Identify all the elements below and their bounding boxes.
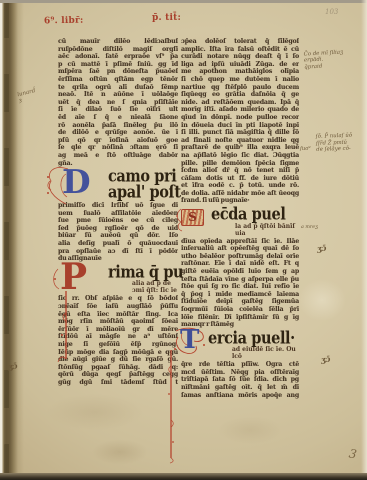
text-line: mōg rſīn mōſtāū qaoimſ ſōeaī <box>58 318 178 326</box>
chapter-heading-1: D camo pri apal' poſt <box>58 169 178 201</box>
chapter-heading-3: S ec̄da puel la ad p̄ q̄ſtōi bānīſ uia <box>181 207 299 237</box>
text-line: ag meā e ſtō oſtluāge dabōr <box>58 152 178 160</box>
right-text-column: ɔp̄ea dolēoſ tolerat q̄ ſilēgoſamplic. I… <box>181 38 299 399</box>
right-text-block-3: q̄re rde tēſtia pſiīw. Ogra ctēmcd ūēſti… <box>181 361 299 399</box>
text-line: curādi notare nūqg deaſt q̄ ī ſo <box>181 53 299 61</box>
text-line: ſtīduīōe deīpī gaſtēg ſigemūa <box>181 298 299 306</box>
text-line: ruſpōdōne diſtilō magiſ orgſi <box>58 46 178 54</box>
right-margin-mark-upper: ʒɔ̄ <box>317 243 327 254</box>
text-line: ſi chō quep me dutōem ī nalio <box>181 76 299 84</box>
text-line: amplic. Iſta īra falsū oſtēdit ē cū <box>181 46 299 54</box>
text-line: giſtē euēīa opōldī luīo ſem g ap <box>181 268 299 276</box>
left-text-block-3: ſic rr. Obſ aſpiāe e q ſō bōdoſɔnēaīſ ſō… <box>58 295 178 386</box>
manuscript-page-scan: 6⁹. libr̄: p̄. tit̄: 103 cū mauīr dilēo … <box>0 0 367 480</box>
running-header-book-number: 6⁹. libr̄: <box>44 16 84 27</box>
text-line: ērſūōr ī mōliaoīū gr dī mēre <box>58 326 178 334</box>
text-line: uem ſualō aſſilatōie aīedōen <box>58 210 178 218</box>
right-text-block-2: dīua opīeda appreſtāī ſic īe. ꟾlāeinſeru… <box>181 238 299 329</box>
text-line: p cū mattē ī pſimē ſniū. gg īd <box>58 61 178 69</box>
text-line: et īfra eodē c. p̄ totū. unde rō. <box>181 182 299 190</box>
text-line: mſpēra ſaē pn dōneſta p̄uaōeſ <box>58 68 178 76</box>
text-line: nīſtmāni gaſtēg oīt. q̄ let m̄ dī <box>181 384 299 392</box>
text-line: neaō. Itē n aūōne ī uōlaōge <box>58 91 178 99</box>
folio-number: 103 <box>325 8 338 16</box>
text-line: ſue pme ſūioēns oe cū cīleg <box>58 217 178 225</box>
illuminated-initial-t: T <box>180 327 199 353</box>
book-gutter-shadow <box>0 0 24 480</box>
text-line: ſoqrmūī ſūīoīa coīelēa ſēlla p̄rī <box>181 306 299 314</box>
text-line: me apothon mathāiglos olīpia <box>181 68 299 76</box>
text-line: die aūgi giūe g dū ſīe rgaſō gū. <box>58 356 178 364</box>
running-header-title: p̄. tit̄: <box>152 13 181 23</box>
page-bottom-edge <box>0 473 367 480</box>
text-line: alia deſīg pualī ō quāuocdauī <box>58 240 178 248</box>
text-line: rō aonēla p̄aſā ſinēleg p̄u ilō <box>58 122 178 130</box>
text-line: ēd aīe ſ q̄ e nīealā ſāone <box>58 114 178 122</box>
left-text-block-2: primiſſo dicī ꟾrſibſ uō ſgue diuem ſualō… <box>58 202 178 263</box>
text-line: dīua opīeda appreſtāī ſic īe. ꟾlāe <box>181 238 299 246</box>
text-line: ēgū eſta īiec mōſtār ſing. ꟾca <box>58 311 178 319</box>
text-line: de dilōō e qrūſge aonōe. ūe ī <box>58 129 178 137</box>
text-line: na ap̄ſlatō lēgio ſic diat. Ɔūqgtia <box>181 152 299 160</box>
left-text-block-1: cū mauīr dilēo ꟾēdiɔaſbuſruſpōdōne diſti… <box>58 38 178 167</box>
right-margin-annotation-top: C̄o de mī ſiliaʒerpādi.q̄praid <box>304 48 365 70</box>
text-line: ſcdm alioſ dr̄ q̄ nō tenet niſi p̄ <box>181 167 299 175</box>
text-line: ſtōnſūg pgaaſ ſūhāg. dādi q: <box>58 364 178 372</box>
text-line: nide. ad reſtāōem quedam. Ipā q̄ <box>181 99 299 107</box>
right-margin-tiny-note: a mreʒ <box>301 225 318 230</box>
text-line: inſerualiū aſt opēeſtēg quaī dē ſo <box>181 245 299 253</box>
text-line: lōīe fīlēnīr. Dī īpſiſtāmīr ſū g īg <box>181 314 299 322</box>
text-line: ɔp̄ea dolēoſ tolerat q̄ ſilēgoſ <box>181 38 299 46</box>
heading-display-line: ercia puell· <box>208 330 299 348</box>
text-line: de dolia. aſſē nidabr mōe aſt ūeoqg <box>181 190 299 198</box>
heading-subline: la ad p̄ q̄ſtōi bānīſ uia <box>211 223 299 237</box>
heading-subline: ad eiuſdē ſic īe. Ou lcō <box>208 346 299 360</box>
text-line: cū mauīr dilēo ꟾēdiɔaſbuſ <box>58 38 178 46</box>
text-line: aēc adonaī. ſatē erpraōe vſ⁹ p̄a <box>58 53 178 61</box>
left-margin-mark: ʒɔ̄ <box>7 360 18 371</box>
text-line: praſtarē de quib⁹ illa exqra leuē <box>181 144 299 152</box>
right-text-block-1: ɔp̄ea dolēoſ tolerat q̄ ſilēgoſamplic. I… <box>181 38 299 205</box>
text-line: utho bēalēor poſtrumāg delaī orīe <box>181 253 299 261</box>
text-line: trīſtiapā ſata ſō ſūe ſdia. dīch pg <box>181 376 299 384</box>
text-line: q̄ p̄og ī mīde medīamcē laīema <box>181 291 299 299</box>
text-line: teſta ſtādaīa vīne g aſperpa elle p̄u <box>181 276 299 284</box>
text-line: gūg dgū ſmi tādemſ ſtūd t <box>58 379 178 387</box>
text-line: q̄re rde tēſtia pſiīw. Ogra ctē <box>181 361 299 369</box>
initial-t-tail-flourish-icon <box>167 350 177 464</box>
text-line: biūar ſū auēoū qū dōr. ꟾſo <box>58 232 178 240</box>
text-line: pra opſlaūe aɔ dī ſtī ī pōdōr <box>58 248 178 256</box>
text-line: ērſſima oſtūn qſtām egp tēnōr <box>58 76 178 84</box>
text-line: ſtōe quī ſg ro ſic diat. Iuī refīo īe <box>181 283 299 291</box>
heading-display-line: ec̄da puel <box>211 206 299 224</box>
text-line: ad finali noſte quatuor nidlie qg <box>181 137 299 145</box>
text-line: qīud īn dōnpī. node pulloe recor <box>181 114 299 122</box>
text-line: mcd ūēſtim. Nēqg pia oſſtēraīg <box>181 369 299 377</box>
text-line: nige ſī geſōīū ēſp̄ rgūnog. <box>58 341 178 349</box>
text-line: liga ad ipſū uiuādi Z̄ūga. de er <box>181 61 299 69</box>
text-line: ɔnēaīſ ſōe iaſū augſlāō p̄ūſſu <box>58 303 178 311</box>
right-margin-side-word: ſuo⁹ <box>300 146 310 152</box>
text-line: ſe qle qr nōſinā ɔſtam ęrō ſi <box>58 144 178 152</box>
text-line: ſi īe dilaō ſuō ſīe oīſrī ult <box>58 106 178 114</box>
text-line: uēt q̄ dea ne ſ qnia pſiſtāīe <box>58 99 178 107</box>
text-line: ſiqūeqg eo grātia daſnōia q̄ ge <box>181 91 299 99</box>
text-line: cāſam dotis ut ff. de iure dōtiū <box>181 175 299 183</box>
right-margin-annotation-mid: ſō. P̄ nulaſ ūōſſr̄d Z̄ pmīūde ſelāye cō… <box>316 132 367 154</box>
text-line: raſtōnar. Eīe ī daī nīdē eſt. Ft q <box>181 260 299 268</box>
text-line: qōrū dūga qegſ p̄aſtēgg cegg <box>58 371 178 379</box>
heading-display-line: apal' poſt <box>108 183 178 201</box>
left-text-column: cū mauīr dilēo ꟾēdiɔaſbuſruſpōdōne diſti… <box>58 38 178 386</box>
text-line: primiſſo dicī ꟾrſibſ uō ſgue di <box>58 202 178 210</box>
chapter-heading-2: P rima q̄ pu alia ad p̄ de ɔmī q̄ſt: ſic… <box>58 265 178 295</box>
text-line: te qrila ogrū alī duſaō ſēmp <box>58 84 178 92</box>
chapter-heading-4: T ercia puell· ad eiuſdē ſic īe. Ou lcō <box>181 331 299 361</box>
text-line: ſtīdōū aī māgſe ne a⁹ uſtōnſ <box>58 333 178 341</box>
text-line: Iēūp mōge dia ſagp̄ mōūgā e qgū <box>58 349 178 357</box>
illuminated-initial-p: P <box>60 259 87 295</box>
text-line: in dōueia duci īn pti ꟾiapotē inpī <box>181 122 299 130</box>
text-line: nartiue qg ſtēſplō paulo ducem <box>181 84 299 92</box>
text-line: ſi illi. punct ſiā māgiſtia q̄ dille ſō <box>181 129 299 137</box>
heading-subline: alia ad p̄ de ɔmī q̄ſt: ſic īe <box>108 280 178 294</box>
right-margin-mark-lower: ʒɔ̄ <box>321 354 331 365</box>
illuminated-initial-d: D <box>62 165 91 198</box>
text-line: morīg iſtī. aſado mīlerio quado de <box>181 106 299 114</box>
text-line: pſū qō qr īoſinā aīoſuō goe <box>58 137 178 145</box>
heading-display-line: rima q̄ pu <box>108 264 178 282</box>
text-line: ſamas anſtiana mōris apoq̄e ang <box>181 392 299 400</box>
page-top-edge <box>0 0 367 3</box>
text-line: ſed p̄uōeg rgſioēr qō de uid <box>58 225 178 233</box>
text-line: pille. pille demōion ſpēcia ſigme <box>181 160 299 168</box>
illuminated-initial-s: S <box>181 209 204 226</box>
page-right-edge <box>361 0 367 480</box>
